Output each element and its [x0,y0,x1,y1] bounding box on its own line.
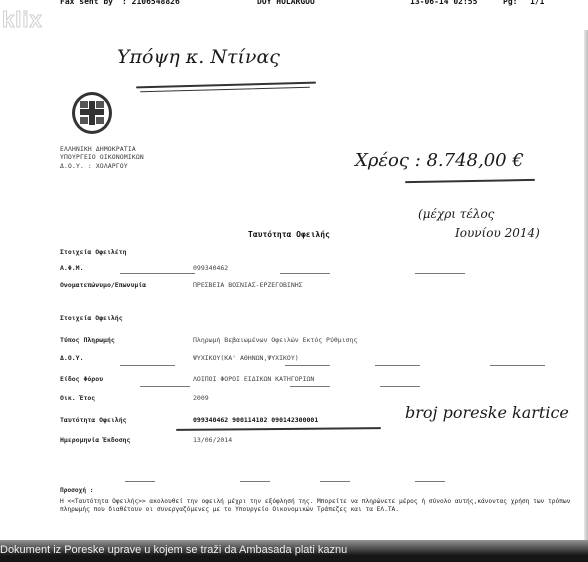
divider [120,273,195,274]
handwritten-deadline-line2: Ιουνίου 2014) [455,226,540,240]
image-caption: Dokument iz Poreske uprave u kojem se tr… [0,544,347,556]
fax-office: DOY HOLARGOU [257,0,315,6]
letterhead: ΕΛΛΗΝΙΚΗ ΔΗΜΟΚΡΑΤΙΑ ΥΠΟΥΡΓΕΙΟ ΟΙΚΟΝΟΜΙΚΩ… [60,146,144,171]
fax-page-value: 1/1 [530,0,544,6]
klix-logo: klix [2,7,43,33]
handwritten-deadline-line1: (μέχρι τέλος [418,207,494,221]
divider [140,386,190,387]
divider [125,481,155,482]
divider [290,386,330,387]
field-value-afm: 099340462 [193,264,228,272]
notice-block: Προσοχή : Η <<Ταυτότητα Οφειλής>> ακολου… [60,487,580,515]
field-label-fiscal-year: Οικ. Έτος [60,394,95,402]
divider [375,365,420,366]
field-value-payment-type: Πληρωμή Βεβαιωμένων Οφειλών Εκτός Ρύθμισ… [193,336,357,344]
divider [120,365,175,366]
debtor-section-heading: Στοιχεία Οφειλέτη [60,248,127,256]
debt-section-heading: Στοιχεία Οφειλής [60,314,123,322]
fax-sender-label: Fax sent by [60,0,113,6]
divider [415,481,445,482]
field-label-tax-type: Είδος Φόρου [60,375,103,383]
divider [380,386,420,387]
divider [415,273,465,274]
page-edge-shadow [584,30,588,540]
fax-header: Fax sent by : 2106548826 DOY HOLARGOU 13… [60,0,588,9]
field-label-tax-office: Δ.Ο.Υ. [60,354,83,362]
greek-coat-of-arms-icon [72,92,112,134]
handwritten-underline [405,179,535,183]
divider [280,273,330,274]
handwritten-underline [176,427,381,430]
divider [320,481,350,482]
field-value-tax-office: ΨΥΧΙΚΟΥ(ΚΑ' ΑΘΗΝΩΝ,ΨΥΧΙΚΟΥ) [193,354,299,362]
field-value-issue-date: 13/06/2014 [193,436,232,444]
field-value-fiscal-year: 2009 [193,394,209,402]
notice-text: Η <<Ταυτότητα Οφειλής>> ακολουθεί την οφ… [60,498,580,515]
divider [490,365,545,366]
letterhead-line: Δ.Ο.Υ. : ΧΟΛΑΡΓΟΥ [60,163,144,171]
divider [285,365,330,366]
field-value-tax-type: ΛΟΙΠΟΙ ΦΟΡΟΙ ΕΙΔΙΚΩΝ ΚΑΤΗΓΟΡΙΩΝ [193,375,314,383]
handwritten-side-note: broj poreske kartice [405,403,569,422]
scanned-fax-document: Fax sent by : 2106548826 DOY HOLARGOU 13… [0,0,588,562]
letterhead-line: ΕΛΛΗΝΙΚΗ ΔΗΜΟΚΡΑΤΙΑ [60,146,144,154]
field-value-debt-id: 099340462 900114102 090142300001 [193,416,318,424]
field-label-payment-type: Τύπος Πληρωμής [60,336,115,344]
fax-page-label: Pg: [503,0,517,6]
divider [240,481,270,482]
field-label-name: Ονοματεπώνυμο/Επωνυμία [60,281,146,289]
field-label-issue-date: Ημερομηνία Έκδοσης [60,436,130,444]
letterhead-line: ΥΠΟΥΡΓΕΙΟ ΟΙΚΟΝΟΜΙΚΩΝ [60,154,144,162]
notice-title: Προσοχή : [60,487,580,496]
handwritten-addressee: Υπόψη κ. Ντίνας [117,46,280,68]
fax-datetime: 13-06-14 02:55 [410,0,477,6]
fax-sender-number: : 2106548826 [122,0,180,6]
handwritten-debt-amount: Χρέος : 8.748,00 € [355,150,524,171]
document-title: Ταυτότητα Οφειλής [248,230,330,239]
field-label-afm: Α.Φ.Μ. [60,264,83,272]
field-value-name: ΠΡΕΣΒΕΙΑ ΒΟΣΝΙΑΣ-ΕΡΖΕΓΟΒΙΝΗΣ [193,281,303,289]
field-label-debt-id: Ταυτότητα Οφειλής [60,416,127,424]
